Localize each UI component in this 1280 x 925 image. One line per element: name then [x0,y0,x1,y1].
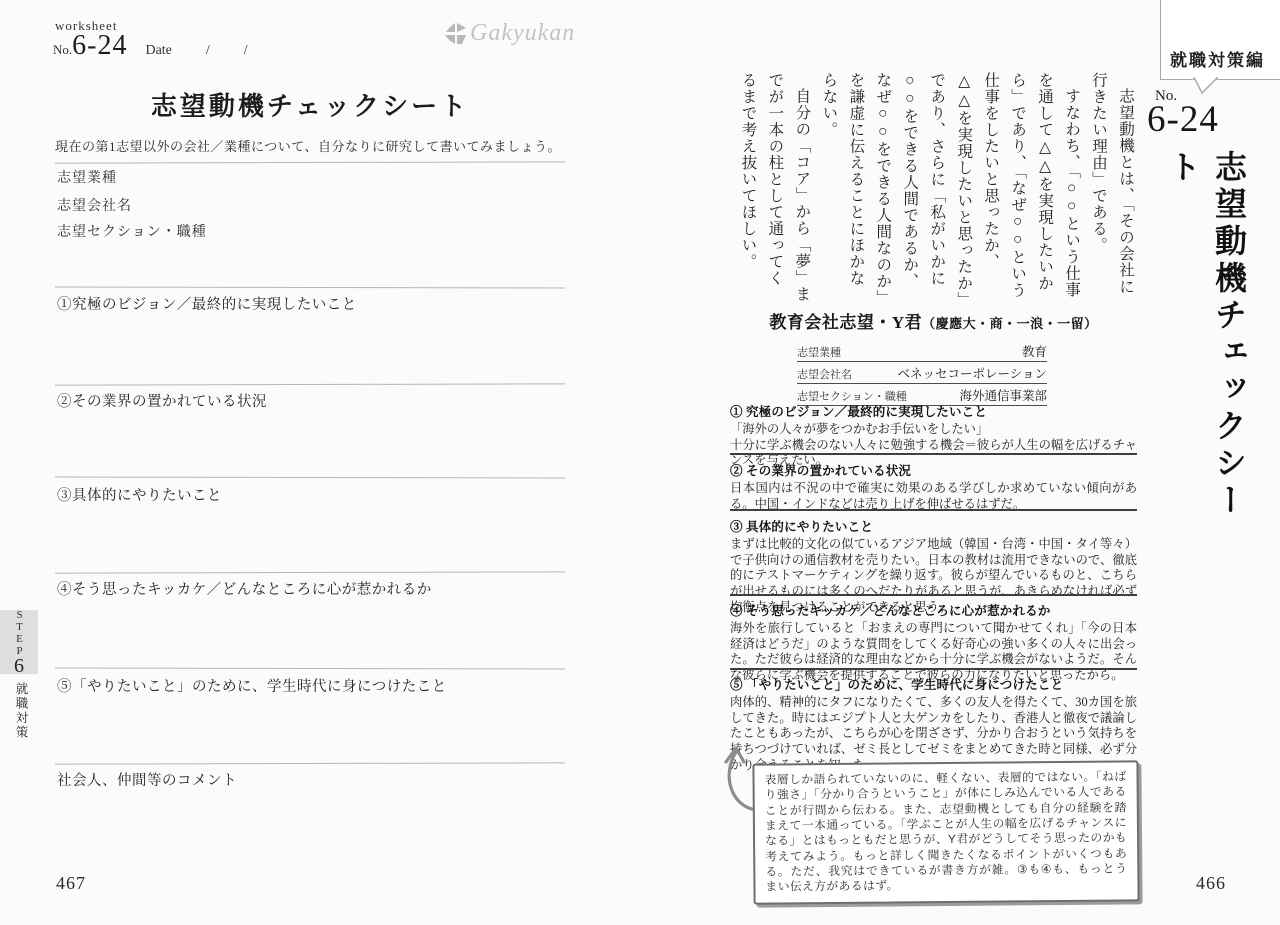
gakyukan-logo: Gakyukan [444,20,575,47]
ruled-line [55,161,565,163]
step-tab-category: 就職対策 [12,682,30,740]
ruled-line [55,571,565,573]
logo-text: Gakyukan [470,20,575,47]
table-row-label: 志望業種 [797,344,841,360]
intro-paragraph: 志望動機とは、「その会社に行きたい理由」である。 [1084,72,1138,302]
reviewer-comment-text: 表層しか語られていないのに、軽くない、表層的ではない。「ねばり強さ」「分かり合う… [764,769,1127,895]
page-number-left: 467 [56,873,86,894]
field-label-company: 志望会社名 [57,195,132,215]
section-divider [730,509,1137,511]
example-section-2: ② その業界の置かれている状況 日本国内は不況の中で確実に効果のある学びしか求め… [730,461,1137,512]
step-tab-label: STEP [14,609,25,657]
example-section-5: ⑤ 「やりたいこと」のために、学生時代に身につけたこと 肉体的、精神的にタフにな… [730,675,1137,774]
example-title-main: 教育会社志望・Y君 [769,313,922,332]
table-row-value: 教育 [1022,342,1047,360]
example-section-heading: ③ 具体的にやりたいこと [730,517,1137,535]
page-number-right: 466 [1196,873,1226,894]
sheet-number: 6-24 [72,30,127,61]
intro-vertical-text: 志望動機とは、「その会社に行きたい理由」である。 すなわち、「○○という仕事を通… [726,72,1138,302]
ruled-line [55,286,565,288]
example-section-heading: ② その業界の置かれている状況 [730,461,1137,479]
table-row: 志望業種 教育 [797,340,1047,362]
table-row: 志望会社名 ベネッセコーポレーション [797,362,1047,384]
step-side-tab: STEP 6 [0,610,38,674]
ruled-line [55,383,565,385]
corner-tab-label: 就職対策編 [1170,46,1265,71]
section-divider [730,594,1137,596]
example-section-heading: ⑤ 「やりたいこと」のために、学生時代に身につけたこと [730,675,1137,693]
section-label-4: ④そう思ったキッカケ／どんなところに心が惹かれるか [57,578,432,599]
worksheet-subtitle: 現在の第1志望以外の会社／業種について、自分なりに研究して書いてみましょう。 [55,136,561,155]
intro-paragraph: 自分の「コア」から「夢」までが一本の柱として通ってくるまで考え抜いてほしい。 [733,72,814,302]
no-label: No. [53,42,72,57]
section-divider [730,668,1137,670]
section-label-comments: 社会人、仲間等のコメント [57,769,237,790]
example-section-body: 日本国内は不況の中で確実に効果のある学びしか求めていない傾向がある。中国・インド… [730,481,1137,512]
example-title: 教育会社志望・Y君（慶應大・商・一浪・一留） [730,308,1137,333]
field-label-industry: 志望業種 [57,167,117,187]
example-section-heading: ④ そう思ったキッカケ／どんなところに心が惹かれるか [730,601,1137,619]
example-section-4: ④ そう思ったキッカケ／どんなところに心が惹かれるか 海外を旅行していると「おま… [730,601,1137,684]
example-section-1: ① 究極のビジョン／最終的に実現したいこと 「海外の人々が夢をつかむお手伝いをし… [730,402,1137,469]
table-row-label: 志望会社名 [797,366,852,382]
reviewer-comment-box: 表層しか語られていないのに、軽くない、表層的ではない。「ねばり強さ」「分かり合う… [752,760,1139,904]
example-section-heading: ① 究極のビジョン／最終的に実現したいこと [730,402,1137,420]
section-label-1: ①究極のビジョン／最終的に実現したいこと [57,293,357,314]
section-label-2: ②その業界の置かれている状況 [57,390,267,411]
table-row-value: ベネッセコーポレーション [897,364,1047,382]
bubble-tail [1192,77,1222,97]
right-vertical-title: 志望動機チェックシート [1160,150,1252,550]
date-label: Date [145,43,171,58]
section-label-3: ③具体的にやりたいこと [57,484,222,505]
worksheet-number: No.6-24Date// [53,30,248,62]
ruled-line [55,476,565,478]
example-title-note: （慶應大・商・一浪・一留） [922,316,1098,331]
worksheet-title: 志望動機チェックシート [55,86,565,123]
ruled-line [55,667,565,669]
date-slash: / [244,43,248,58]
section-label-5: ⑤「やりたいこと」のために、学生時代に身につけたこと [57,675,447,696]
example-table: 志望業種 教育 志望会社名 ベネッセコーポレーション 志望セクション・職種 海外… [797,340,1047,406]
date-slash: / [206,43,210,58]
step-tab-number: 6 [14,657,24,675]
right-sheet-number: 6-24 [1147,98,1219,141]
intro-paragraph: すなわち、「○○という仕事を通して△△を実現したいから」であり、「なぜ○○という… [814,72,1084,302]
gakyukan-pinwheel-icon [444,22,468,46]
field-label-section: 志望セクション・職種 [57,221,207,241]
section-divider [730,453,1137,455]
ruled-line [55,762,565,764]
